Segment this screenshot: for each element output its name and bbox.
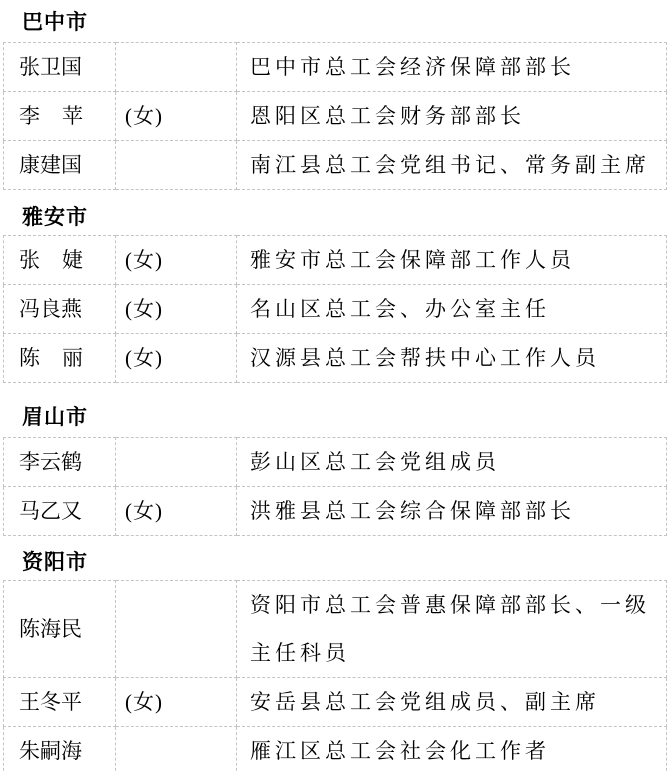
person-name: 冯良燕 [19, 285, 83, 333]
section-city-header: 眉山市 [22, 406, 671, 429]
gender-cell [116, 581, 237, 678]
roster-table: 张卫国巴中市总工会经济保障部部长李苹(女)恩阳区总工会财务部部长康建国南江县总工… [3, 42, 667, 190]
table-row: 李云鹤彭山区总工会党组成员 [4, 438, 667, 487]
city-section: 巴中市张卫国巴中市总工会经济保障部部长李苹(女)恩阳区总工会财务部部长康建国南江… [3, 11, 671, 190]
position-cell: 汉源县总工会帮扶中心工作人员 [237, 334, 667, 383]
roster-table: 张婕(女)雅安市总工会保障部工作人员冯良燕(女)名山区总工会、办公室主任陈丽(女… [3, 235, 667, 383]
name-cell: 李苹 [4, 92, 116, 141]
name-cell: 王冬平 [4, 678, 116, 727]
person-name: 康建国 [19, 141, 83, 189]
city-section: 资阳市陈海民资阳市总工会普惠保障部部长、一级主任科员王冬平(女)安岳县总工会党组… [3, 551, 671, 772]
position-cell: 彭山区总工会党组成员 [237, 438, 667, 487]
table-row: 陈海民资阳市总工会普惠保障部部长、一级主任科员 [4, 581, 667, 678]
name-cell: 李云鹤 [4, 438, 116, 487]
position-cell: 资阳市总工会普惠保障部部长、一级主任科员 [237, 581, 667, 678]
gender-cell [116, 141, 237, 190]
table-row: 陈丽(女)汉源县总工会帮扶中心工作人员 [4, 334, 667, 383]
name-cell: 康建国 [4, 141, 116, 190]
gender-cell [116, 727, 237, 772]
position-cell: 南江县总工会党组书记、常务副主席 [237, 141, 667, 190]
table-row: 李苹(女)恩阳区总工会财务部部长 [4, 92, 667, 141]
name-cell: 陈丽 [4, 334, 116, 383]
table-row: 冯良燕(女)名山区总工会、办公室主任 [4, 285, 667, 334]
position-cell: 名山区总工会、办公室主任 [237, 285, 667, 334]
section-city-header: 巴中市 [22, 11, 671, 34]
roster-table: 李云鹤彭山区总工会党组成员马乙又(女)洪雅县总工会综合保障部部长 [3, 437, 667, 536]
roster-table: 陈海民资阳市总工会普惠保障部部长、一级主任科员王冬平(女)安岳县总工会党组成员、… [3, 580, 667, 772]
person-name: 陈丽 [19, 334, 83, 382]
name-cell: 张婕 [4, 236, 116, 285]
name-cell: 张卫国 [4, 43, 116, 92]
position-cell: 雅安市总工会保障部工作人员 [237, 236, 667, 285]
position-cell: 巴中市总工会经济保障部部长 [237, 43, 667, 92]
table-row: 马乙又(女)洪雅县总工会综合保障部部长 [4, 487, 667, 536]
person-name: 张卫国 [19, 43, 83, 91]
gender-cell: (女) [116, 487, 237, 536]
position-cell: 安岳县总工会党组成员、副主席 [237, 678, 667, 727]
table-row: 张卫国巴中市总工会经济保障部部长 [4, 43, 667, 92]
document-page: 巴中市张卫国巴中市总工会经济保障部部长李苹(女)恩阳区总工会财务部部长康建国南江… [0, 0, 671, 772]
table-row: 康建国南江县总工会党组书记、常务副主席 [4, 141, 667, 190]
position-cell: 雁江区总工会社会化工作者 [237, 727, 667, 772]
person-name: 李苹 [19, 92, 83, 140]
name-cell: 冯良燕 [4, 285, 116, 334]
gender-cell: (女) [116, 92, 237, 141]
name-cell: 陈海民 [4, 581, 116, 678]
position-cell: 恩阳区总工会财务部部长 [237, 92, 667, 141]
section-city-header: 雅安市 [22, 206, 671, 229]
person-name: 张婕 [19, 236, 83, 284]
name-cell: 马乙又 [4, 487, 116, 536]
gender-cell [116, 43, 237, 92]
position-cell: 洪雅县总工会综合保障部部长 [237, 487, 667, 536]
person-name: 王冬平 [19, 678, 83, 726]
gender-cell: (女) [116, 236, 237, 285]
section-city-header: 资阳市 [22, 551, 671, 574]
table-row: 朱嗣海雁江区总工会社会化工作者 [4, 727, 667, 772]
person-name: 朱嗣海 [19, 727, 83, 772]
table-row: 张婕(女)雅安市总工会保障部工作人员 [4, 236, 667, 285]
table-row: 王冬平(女)安岳县总工会党组成员、副主席 [4, 678, 667, 727]
city-section: 雅安市张婕(女)雅安市总工会保障部工作人员冯良燕(女)名山区总工会、办公室主任陈… [3, 206, 671, 383]
gender-cell [116, 438, 237, 487]
gender-cell: (女) [116, 678, 237, 727]
gender-cell: (女) [116, 285, 237, 334]
name-cell: 朱嗣海 [4, 727, 116, 772]
gender-cell: (女) [116, 334, 237, 383]
person-name: 马乙又 [19, 487, 83, 535]
person-name: 李云鹤 [19, 438, 83, 486]
person-name: 陈海民 [19, 605, 83, 653]
city-section: 眉山市李云鹤彭山区总工会党组成员马乙又(女)洪雅县总工会综合保障部部长 [3, 406, 671, 536]
